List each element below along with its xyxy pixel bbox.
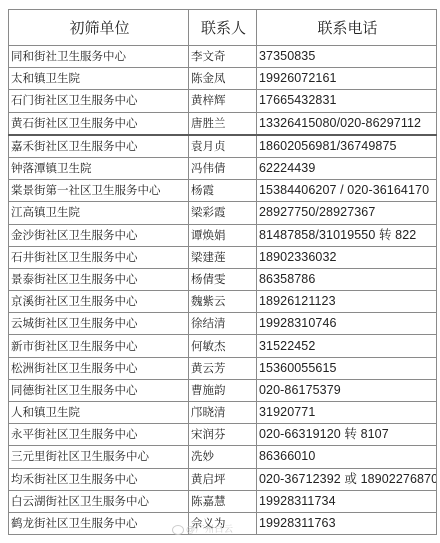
phone-cell: 020-36712392 或 18902276870 [257,468,437,490]
table-row: 石门街社区卫生服务中心 黄梓辉 17665432831 [9,90,437,112]
table-header-row: 初筛单位 联系人 联系电话 [9,10,437,46]
contact-cell: 黄启坪 [189,468,257,490]
contact-cell: 黄梓辉 [189,90,257,112]
phone-cell: 18602056981/36749875 [257,135,437,158]
table-row: 棠景街第一社区卫生服务中心 杨霞 15384406207 / 020-36164… [9,180,437,202]
phone-cell: 18926121123 [257,291,437,313]
phone-cell: 020-66319120 转 8107 [257,424,437,446]
unit-cell: 江高镇卫生院 [9,202,189,224]
unit-cell: 新市街社区卫生服务中心 [9,335,189,357]
phone-cell: 28927750/28927367 [257,202,437,224]
table-row: 黄石街社区卫生服务中心 唐胜兰 13326415080/020-86297112 [9,112,437,135]
table-row: 人和镇卫生院 邝晓清 31920771 [9,402,437,424]
header-unit: 初筛单位 [9,10,189,46]
phone-cell: 15360055615 [257,357,437,379]
contact-cell: 何敏杰 [189,335,257,357]
contact-cell: 陈嘉慧 [189,490,257,512]
table-row: 永平街社区卫生服务中心 宋润芬 020-66319120 转 8107 [9,424,437,446]
weibo-watermark: @广州白云 [172,522,234,535]
phone-cell: 19928310746 [257,313,437,335]
phone-cell: 19928311734 [257,490,437,512]
table-row: 白云湖街社区卫生服务中心 陈嘉慧 19928311734 [9,490,437,512]
unit-cell: 黄石街社区卫生服务中心 [9,112,189,135]
contact-cell: 宋润芬 [189,424,257,446]
phone-cell: 020-86175379 [257,379,437,401]
unit-cell: 云城街社区卫生服务中心 [9,313,189,335]
unit-cell: 同和街社卫生服务中心 [9,46,189,68]
unit-cell: 永平街社区卫生服务中心 [9,424,189,446]
phone-cell: 86358786 [257,268,437,290]
contact-cell: 杨霞 [189,180,257,202]
unit-cell: 同德街社区卫生服务中心 [9,379,189,401]
unit-cell: 人和镇卫生院 [9,402,189,424]
unit-cell: 松洲街社区卫生服务中心 [9,357,189,379]
unit-cell: 三元里街社区卫生服务中心 [9,446,189,468]
watermark-text: @广州白云 [186,525,234,535]
table-row: 同和街社卫生服务中心 李文奇 37350835 [9,46,437,68]
phone-cell: 62224439 [257,157,437,179]
weibo-logo-icon [172,525,184,535]
unit-cell: 金沙街社区卫生服务中心 [9,224,189,246]
table-row: 同德街社区卫生服务中心 曹施韵 020-86175379 [9,379,437,401]
header-phone: 联系电话 [257,10,437,46]
contact-cell: 杨倩雯 [189,268,257,290]
unit-cell: 石门街社区卫生服务中心 [9,90,189,112]
header-contact: 联系人 [189,10,257,46]
phone-cell: 19928311763 [257,512,437,534]
table-row: 嘉禾街社区卫生服务中心 袁月贞 18602056981/36749875 [9,135,437,158]
phone-cell: 31920771 [257,402,437,424]
phone-cell: 13326415080/020-86297112 [257,112,437,135]
phone-cell: 31522452 [257,335,437,357]
contact-cell: 唐胜兰 [189,112,257,135]
unit-cell: 太和镇卫生院 [9,68,189,90]
unit-cell: 均禾街社区卫生服务中心 [9,468,189,490]
contact-cell: 梁建莲 [189,246,257,268]
contact-cell: 李文奇 [189,46,257,68]
contact-cell: 曹施韵 [189,379,257,401]
unit-cell: 石井街社区卫生服务中心 [9,246,189,268]
contact-table-container: 初筛单位 联系人 联系电话 同和街社卫生服务中心 李文奇 37350835 太和… [8,9,436,535]
table-row: 均禾街社区卫生服务中心 黄启坪 020-36712392 或 189022768… [9,468,437,490]
phone-cell: 81487858/31019550 转 822 [257,224,437,246]
contact-cell: 冯伟倩 [189,157,257,179]
phone-cell: 15384406207 / 020-36164170 [257,180,437,202]
contact-cell: 陈金凤 [189,68,257,90]
contact-cell: 谭焕娟 [189,224,257,246]
contact-cell: 徐结清 [189,313,257,335]
table-row: 钟落潭镇卫生院 冯伟倩 62224439 [9,157,437,179]
table-row: 金沙街社区卫生服务中心 谭焕娟 81487858/31019550 转 822 [9,224,437,246]
table-row: 三元里街社区卫生服务中心 冼妙 86366010 [9,446,437,468]
contact-cell: 魏紫云 [189,291,257,313]
unit-cell: 京溪街社区卫生服务中心 [9,291,189,313]
contact-cell: 黄云芳 [189,357,257,379]
phone-cell: 18902336032 [257,246,437,268]
phone-cell: 37350835 [257,46,437,68]
unit-cell: 嘉禾街社区卫生服务中心 [9,135,189,158]
contact-cell: 梁彩霞 [189,202,257,224]
phone-cell: 17665432831 [257,90,437,112]
table-row: 新市街社区卫生服务中心 何敏杰 31522452 [9,335,437,357]
table-row: 江高镇卫生院 梁彩霞 28927750/28927367 [9,202,437,224]
unit-cell: 棠景街第一社区卫生服务中心 [9,180,189,202]
table-row: 景泰街社区卫生服务中心 杨倩雯 86358786 [9,268,437,290]
table-row: 太和镇卫生院 陈金凤 19926072161 [9,68,437,90]
table-row: 京溪街社区卫生服务中心 魏紫云 18926121123 [9,291,437,313]
contact-cell: 袁月贞 [189,135,257,158]
contact-cell: 冼妙 [189,446,257,468]
table-row: 松洲街社区卫生服务中心 黄云芳 15360055615 [9,357,437,379]
unit-cell: 钟落潭镇卫生院 [9,157,189,179]
unit-cell: 景泰街社区卫生服务中心 [9,268,189,290]
unit-cell: 白云湖街社区卫生服务中心 [9,490,189,512]
unit-cell: 鹤龙街社区卫生服务中心 [9,512,189,534]
screening-contact-table: 初筛单位 联系人 联系电话 同和街社卫生服务中心 李文奇 37350835 太和… [8,9,437,535]
phone-cell: 19926072161 [257,68,437,90]
contact-cell: 邝晓清 [189,402,257,424]
phone-cell: 86366010 [257,446,437,468]
table-row: 云城街社区卫生服务中心 徐结清 19928310746 [9,313,437,335]
table-row: 石井街社区卫生服务中心 梁建莲 18902336032 [9,246,437,268]
